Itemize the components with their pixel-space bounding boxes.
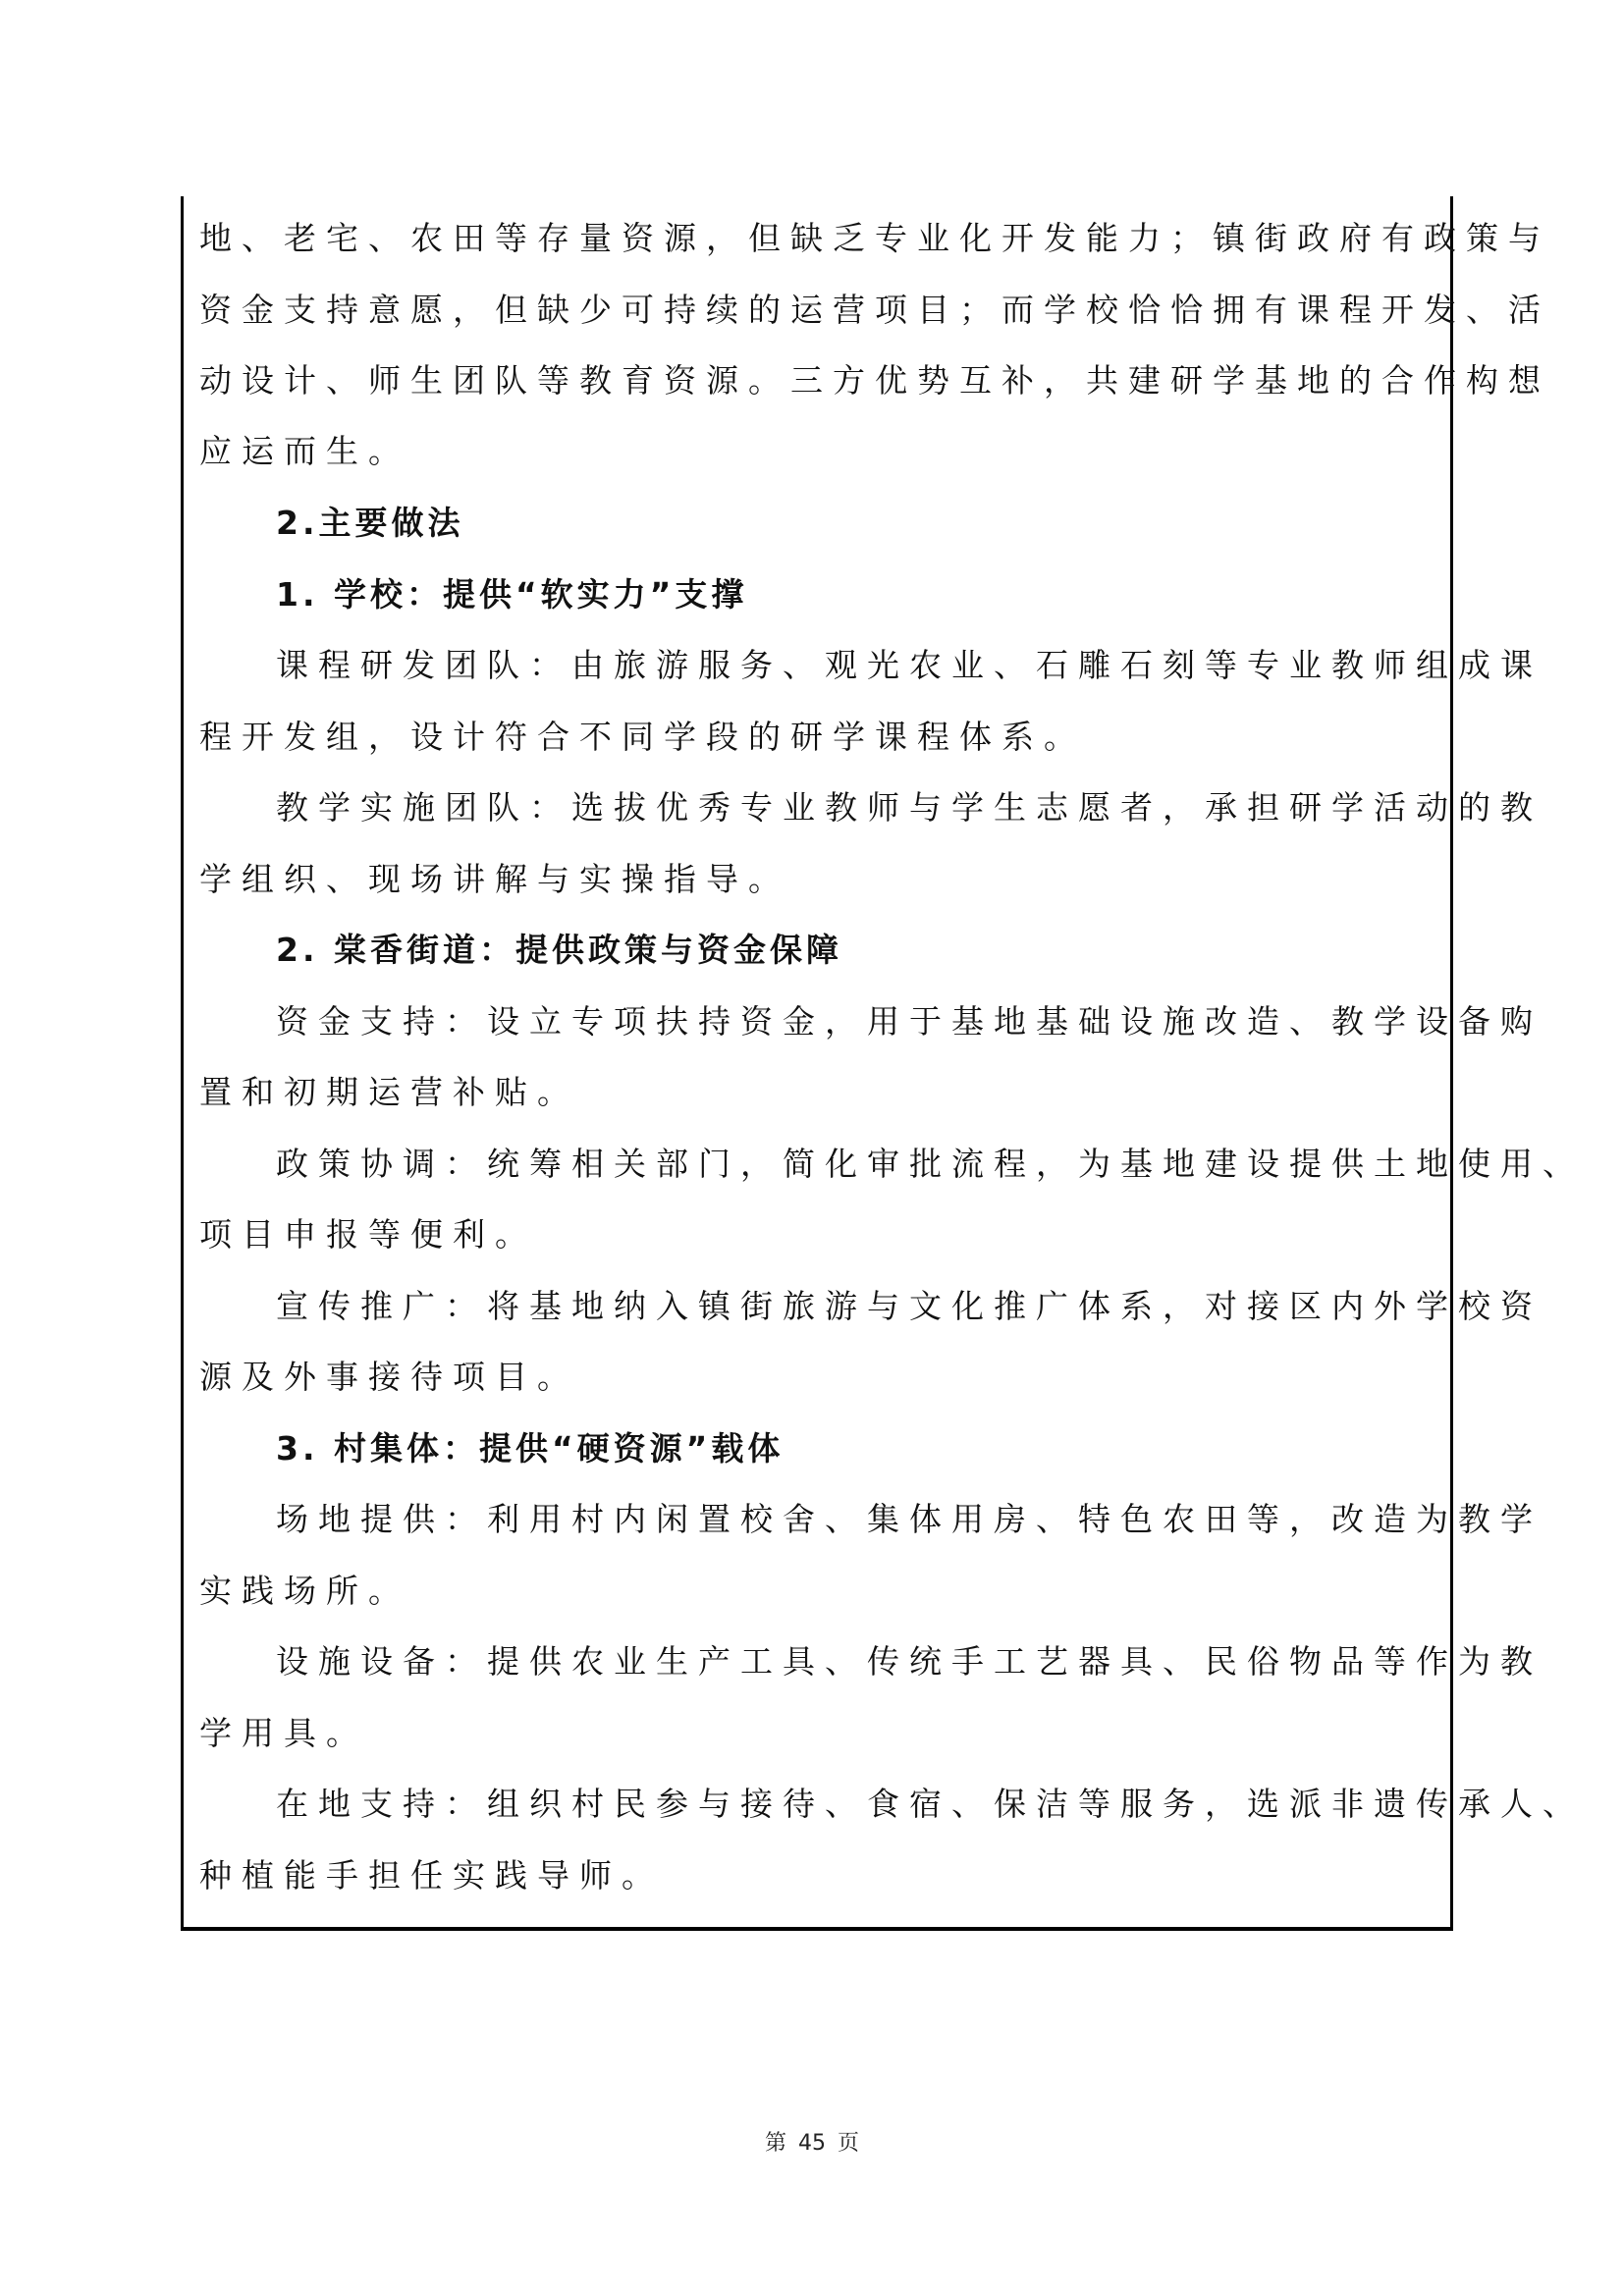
section-heading: 2.主要做法	[276, 502, 1438, 545]
body-line: 资金支持：设立专项扶持资金，用于基地基础设施改造、教学设备购	[276, 1000, 1438, 1043]
page-label-prefix: 第	[765, 2131, 786, 2156]
subsection-heading-village: 3. 村集体：提供“硬资源”载体	[276, 1427, 1438, 1470]
body-line: 源及外事接待项目。	[199, 1356, 1438, 1399]
body-line: 在地支持：组织村民参与接待、食宿、保洁等服务，选派非遗传承人、	[276, 1783, 1438, 1826]
subsection-heading-school: 1. 学校：提供“软实力”支撑	[276, 573, 1438, 616]
body-line: 学用具。	[199, 1712, 1438, 1755]
body-line: 动设计、师生团队等教育资源。三方优势互补，共建研学基地的合作构想	[199, 359, 1438, 402]
page-label-suffix: 页	[838, 2131, 859, 2156]
body-line: 实践场所。	[199, 1570, 1438, 1613]
body-line: 项目申报等便利。	[199, 1213, 1438, 1256]
page-number: 45	[798, 2131, 826, 2156]
body-line: 学组织、现场讲解与实操指导。	[199, 858, 1438, 901]
body-line: 应运而生。	[199, 430, 1438, 473]
body-line: 置和初期运营补贴。	[199, 1071, 1438, 1114]
body-line: 场地提供：利用村内闲置校舍、集体用房、特色农田等，改造为教学	[276, 1498, 1438, 1541]
body-line: 种植能手担任实践导师。	[199, 1854, 1438, 1897]
body-line: 资金支持意愿，但缺少可持续的运营项目；而学校恰恰拥有课程开发、活	[199, 289, 1438, 332]
body-line: 设施设备：提供农业生产工具、传统手工艺器具、民俗物品等作为教	[276, 1640, 1438, 1683]
body-line: 程开发组，设计符合不同学段的研学课程体系。	[199, 716, 1438, 759]
body-line: 教学实施团队：选拔优秀专业教师与学生志愿者，承担研学活动的教	[276, 786, 1438, 829]
body-line: 课程研发团队：由旅游服务、观光农业、石雕石刻等专业教师组成课	[276, 644, 1438, 687]
body-line: 地、老宅、农田等存量资源，但缺乏专业化开发能力；镇街政府有政策与	[199, 217, 1438, 260]
page-footer: 第45页	[0, 2126, 1624, 2157]
subsection-heading-street: 2. 棠香街道：提供政策与资金保障	[276, 929, 1438, 972]
body-line: 宣传推广：将基地纳入镇街旅游与文化推广体系，对接区内外学校资	[276, 1285, 1438, 1328]
body-line: 政策协调：统筹相关部门，简化审批流程，为基地建设提供土地使用、	[276, 1143, 1438, 1186]
